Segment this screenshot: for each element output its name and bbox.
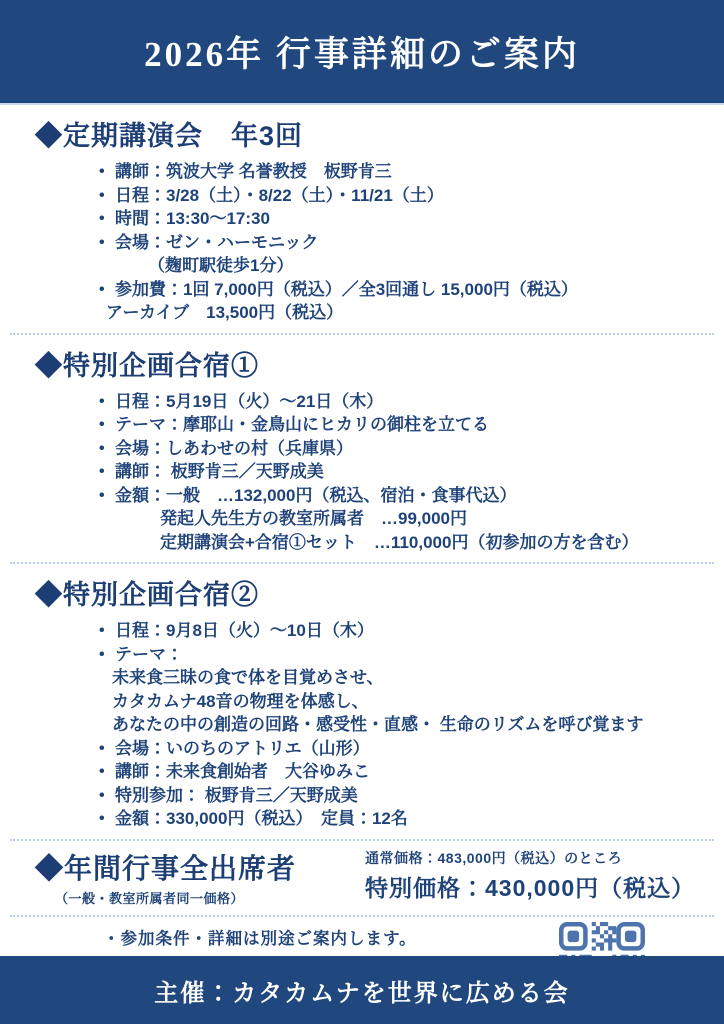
section-camp-1: ◆特別企画合宿① 日程：5月19日（火）～21日（木） テーマ：摩耶山・金鳥山に… [35,344,704,555]
detail-line: 日程：5月19日（火）～21日（木） [115,390,704,414]
detail-line: 特別参加： 板野肯三／天野成美 [115,784,704,808]
detail-line: 発起人先生方の教室所属者 …99,000円 [160,507,704,531]
section-divider [10,333,714,335]
detail-line: 定期講演会+合宿①セット …110,000円（初参加の方を含む） [160,531,704,555]
detail-line: 時間：13:30～17:30 [115,207,704,231]
section-regular-lectures: ◆定期講演会 年3回 講師：筑波大学 名誉教授 板野肯三 日程：3/28（土）・… [35,114,704,325]
detail-line: アーカイブ 13,500円（税込） [106,301,704,325]
detail-line: 金額：330,000円（税込） 定員：12名 [115,807,704,831]
section-title: ◆定期講演会 年3回 [35,114,704,153]
detail-line: 講師：筑波大学 名誉教授 板野肯三 [115,160,704,184]
annual-subtitle: （一般・教室所属者同一価格） [55,888,365,907]
detail-line: 講師： 板野肯三／天野成美 [115,460,704,484]
detail-line: 会場：いのちのアトリエ（山形） [115,737,704,761]
page-header: 2026年 行事詳細のご案内 [0,0,724,105]
special-price: 特別価格：430,000円（税込） [365,870,695,903]
detail-line: カタカムナ48音の物理を体感し、 [112,690,704,714]
flyer-page: 2026年 行事詳細のご案内 ◆定期講演会 年3回 講師：筑波大学 名誉教授 板… [0,0,724,1024]
annual-title: ◆年間行事全出席者 [35,847,365,887]
detail-line: テーマ：摩耶山・金鳥山にヒカリの御柱を立てる [115,413,704,437]
detail-line: テーマ： [115,643,704,667]
detail-line: 参加費：1回 7,000円（税込）／全3回通し 15,000円（税込） [115,278,704,302]
section-divider [10,915,714,917]
detail-line: 金額：一般 …132,000円（税込、宿泊・食事代込） [115,484,704,508]
detail-line: 日程：9月8日（火）～10日（木） [115,619,704,643]
detail-line: 会場：しあわせの村（兵庫県） [115,437,704,461]
detail-line: あなたの中の創造の回路・感受性・直感・ 生命のリズムを呼び覚ます [112,713,704,737]
detail-line: 日程：3/28（土）・8/22（土）・11/21（土） [115,184,704,208]
detail-line: （麹町駅徒歩1分） [148,254,704,278]
page-title: 2026年 行事詳細のご案内 [144,27,580,77]
section-divider [10,562,714,564]
detail-line: 講師：未来食創始者 大谷ゆみこ [115,760,704,784]
section-divider [10,839,714,841]
section-annual-pass: ◆年間行事全出席者 （一般・教室所属者同一価格） 通常価格：483,000円（税… [35,847,704,907]
page-footer: 主催：カタカムナを世界に広める会 [0,956,724,1024]
detail-line: 未来食三昧の食で体を目覚めさせ、 [112,666,704,690]
section-title: ◆特別企画合宿② [35,573,704,612]
section-title: ◆特別企画合宿① [35,344,704,383]
detail-line: 会場：ゼン・ハーモニック [115,231,704,255]
section-camp-2: ◆特別企画合宿② 日程：9月8日（火）～10日（木） テーマ： 未来食三昧の食で… [35,573,704,831]
regular-price: 通常価格：483,000円（税込）のところ [365,848,695,868]
organizer-text: 主催：カタカムナを世界に広める会 [154,973,570,1008]
